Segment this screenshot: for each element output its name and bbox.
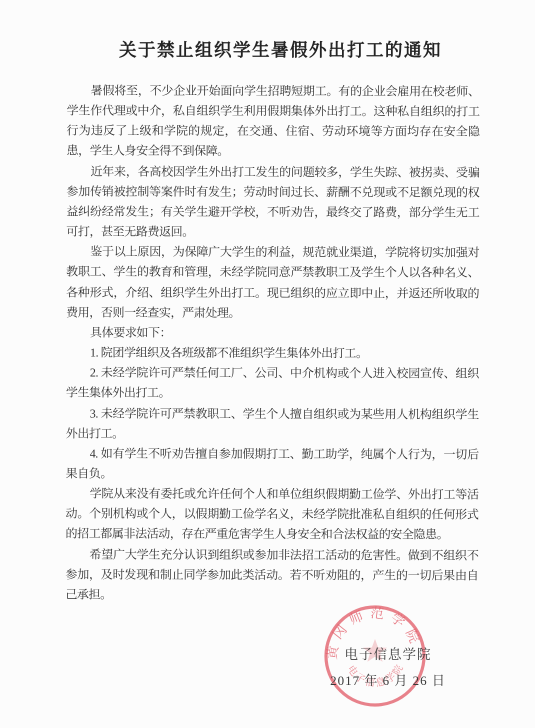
signature-block: 电子信息学院 2017 年 6 月 26 日 [288,643,488,689]
paragraph: 鉴于以上原因，为保障广大学生的利益，规范就业渠道，学院将切实加强对教职工、学生的… [66,242,479,324]
signature-date: 2017 年 6 月 26 日 [288,670,488,689]
paragraph: 具体要求如下： [66,322,479,343]
page-title: 关于禁止组织学生暑假外出打工的通知 [13,37,535,62]
paragraph: 近年来，各高校因学生外出打工发生的问题较多，学生失踪、被拐卖、受骗参加传销被控制… [66,161,479,243]
scanned-notice-page: 关于禁止组织学生暑假外出打工的通知 暑假将至，不少企业开始面向学生招聘短期工。有… [0,0,535,728]
paragraph: 4. 如有学生不听劝告擅自参加假期打工、勤工助学，纯属个人行为，一切后果自负。 [66,443,479,484]
paragraph: 2. 未经学院许可严禁任何工厂、公司、中介机构或个人进入校园宣传、组织学生集体外… [66,363,479,404]
paragraph: 1. 院团学组织及各班级都不准组织学生集体外出打工。 [66,342,479,363]
paragraph: 学院从来没有委托或允许任何个人和单位组织假期勤工俭学、外出打工等活动。个别机构或… [65,484,478,546]
paragraph: 3. 未经学院许可严禁教职工、学生个人擅自组织或为某些用人机构组织学生外出打工。 [66,403,479,444]
paragraph: 暑假将至，不少企业开始面向学生招聘短期工。有的企业会雇用在校老师、学生作代理或中… [66,80,479,162]
notice-body: 暑假将至，不少企业开始面向学生招聘短期工。有的企业会雇用在校老师、学生作代理或中… [65,80,479,605]
signature-org: 电子信息学院 [288,643,488,663]
